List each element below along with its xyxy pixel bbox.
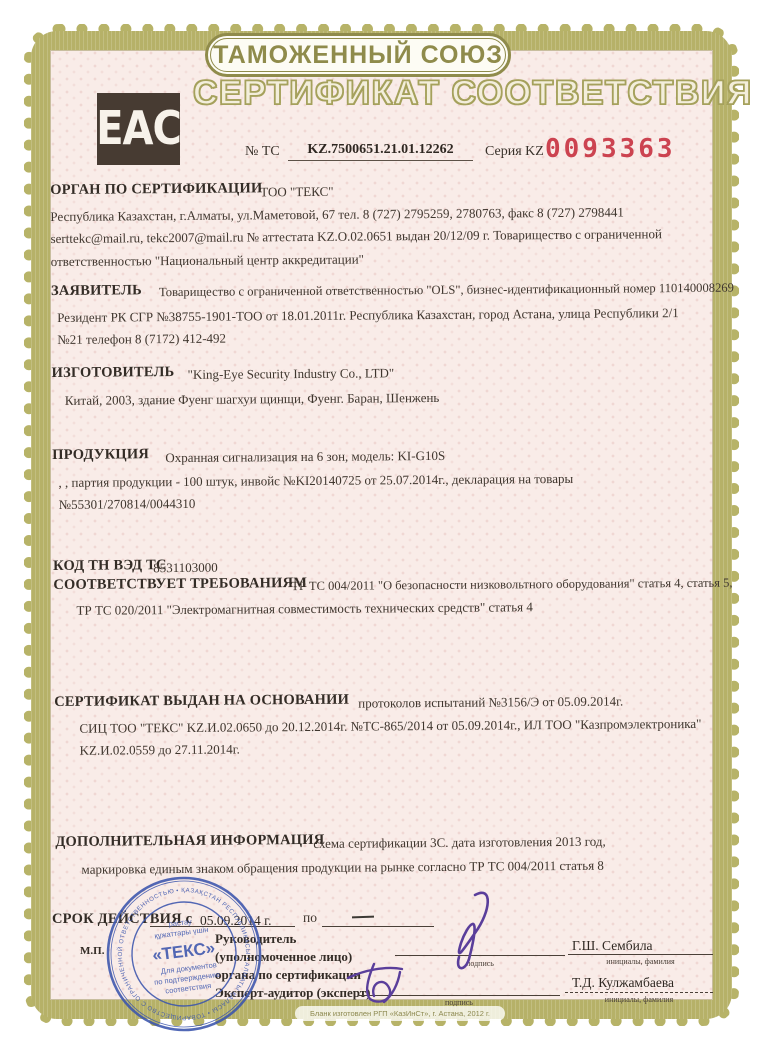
requirements-line2: ТР ТС 020/2011 "Электромагнитная совмест… bbox=[76, 595, 696, 622]
head-name-line bbox=[568, 940, 713, 955]
blank-manufacturer-note: Бланк изготовлен РГП «КазИнСт», г. Астан… bbox=[295, 1006, 505, 1021]
stamp-inner-top2: құжаттары үшін bbox=[154, 925, 209, 941]
applicant-name: Товарищество с ограниченной ответственно… bbox=[159, 281, 734, 301]
head-signature-ink bbox=[425, 885, 505, 975]
valid-to-line bbox=[322, 912, 434, 927]
manufacturer-details: Китай, 2003, здание Фуенг шагхуи щинщи, … bbox=[65, 385, 685, 412]
additional-info-line1: схема сертификации 3С. дата изготовления… bbox=[313, 834, 606, 852]
basis-protocols: протоколов испытаний №3156/Э от 05.09.20… bbox=[358, 694, 623, 712]
section-label-tnved-code: КОД ТН ВЭД ТС bbox=[53, 557, 167, 575]
expert-name-line bbox=[565, 978, 713, 993]
product-name: Охранная сигнализация на 6 зон, модель: … bbox=[165, 448, 445, 466]
manufacturer-name: "King-Eye Security Industry Co., LTD" bbox=[188, 365, 395, 383]
expert-signature-ink bbox=[340, 952, 425, 1007]
section-label-requirements: СООТВЕТСТВУЕТ ТРЕБОВАНИЯМ bbox=[53, 575, 307, 594]
section-label-applicant: ЗАЯВИТЕЛЬ bbox=[51, 282, 142, 300]
valid-to-label: по bbox=[303, 910, 317, 926]
section-label-basis: СЕРТИФИКАТ ВЫДАН НА ОСНОВАНИИ bbox=[54, 692, 349, 711]
section-label-additional-info: ДОПОЛНИТЕЛЬНАЯ ИНФОРМАЦИЯ bbox=[55, 832, 324, 851]
certificate-page: ТАМОЖЕННЫЙ СОЮЗ СЕРТИФИКАТ СООТВЕТСТВИЯ … bbox=[0, 0, 763, 1050]
basis-details: СИЦ ТОО "ТЕКС" KZ.И.02.0650 до 20.12.201… bbox=[79, 713, 707, 763]
product-details: , , партия продукции - 100 штук, инвойс … bbox=[58, 467, 694, 517]
tnved-code-value: 8531103000 bbox=[153, 560, 218, 577]
expert-name-caption: инициалы, фамилия bbox=[565, 995, 713, 1004]
section-label-manufacturer: ИЗГОТОВИТЕЛЬ bbox=[52, 364, 175, 382]
tekc-round-stamp: • ҚАЗАҚСТАН РЕСПУБЛИКАСЫ • АЛМАТЫ ҚАЛАСЫ… bbox=[94, 864, 275, 1045]
head-name-caption: инициалы, фамилия bbox=[568, 957, 713, 966]
customs-union-label: ТАМОЖЕННЫЙ СОЮЗ bbox=[213, 41, 503, 70]
certification-body-name: ТОО "ТЕКС" bbox=[260, 184, 333, 201]
applicant-details: Резидент РК СГР №38755-1901-ТОО от 18.01… bbox=[57, 302, 691, 352]
requirements-line1: ТР ТС 004/2011 "О безопасности низковоль… bbox=[291, 576, 732, 594]
certification-body-details: Республика Казахстан, г.Алматы, ул.Мамет… bbox=[50, 201, 687, 273]
section-label-certification-body: ОРГАН ПО СЕРТИФИКАЦИИ bbox=[50, 180, 262, 199]
section-label-product: ПРОДУКЦИЯ bbox=[52, 446, 149, 464]
